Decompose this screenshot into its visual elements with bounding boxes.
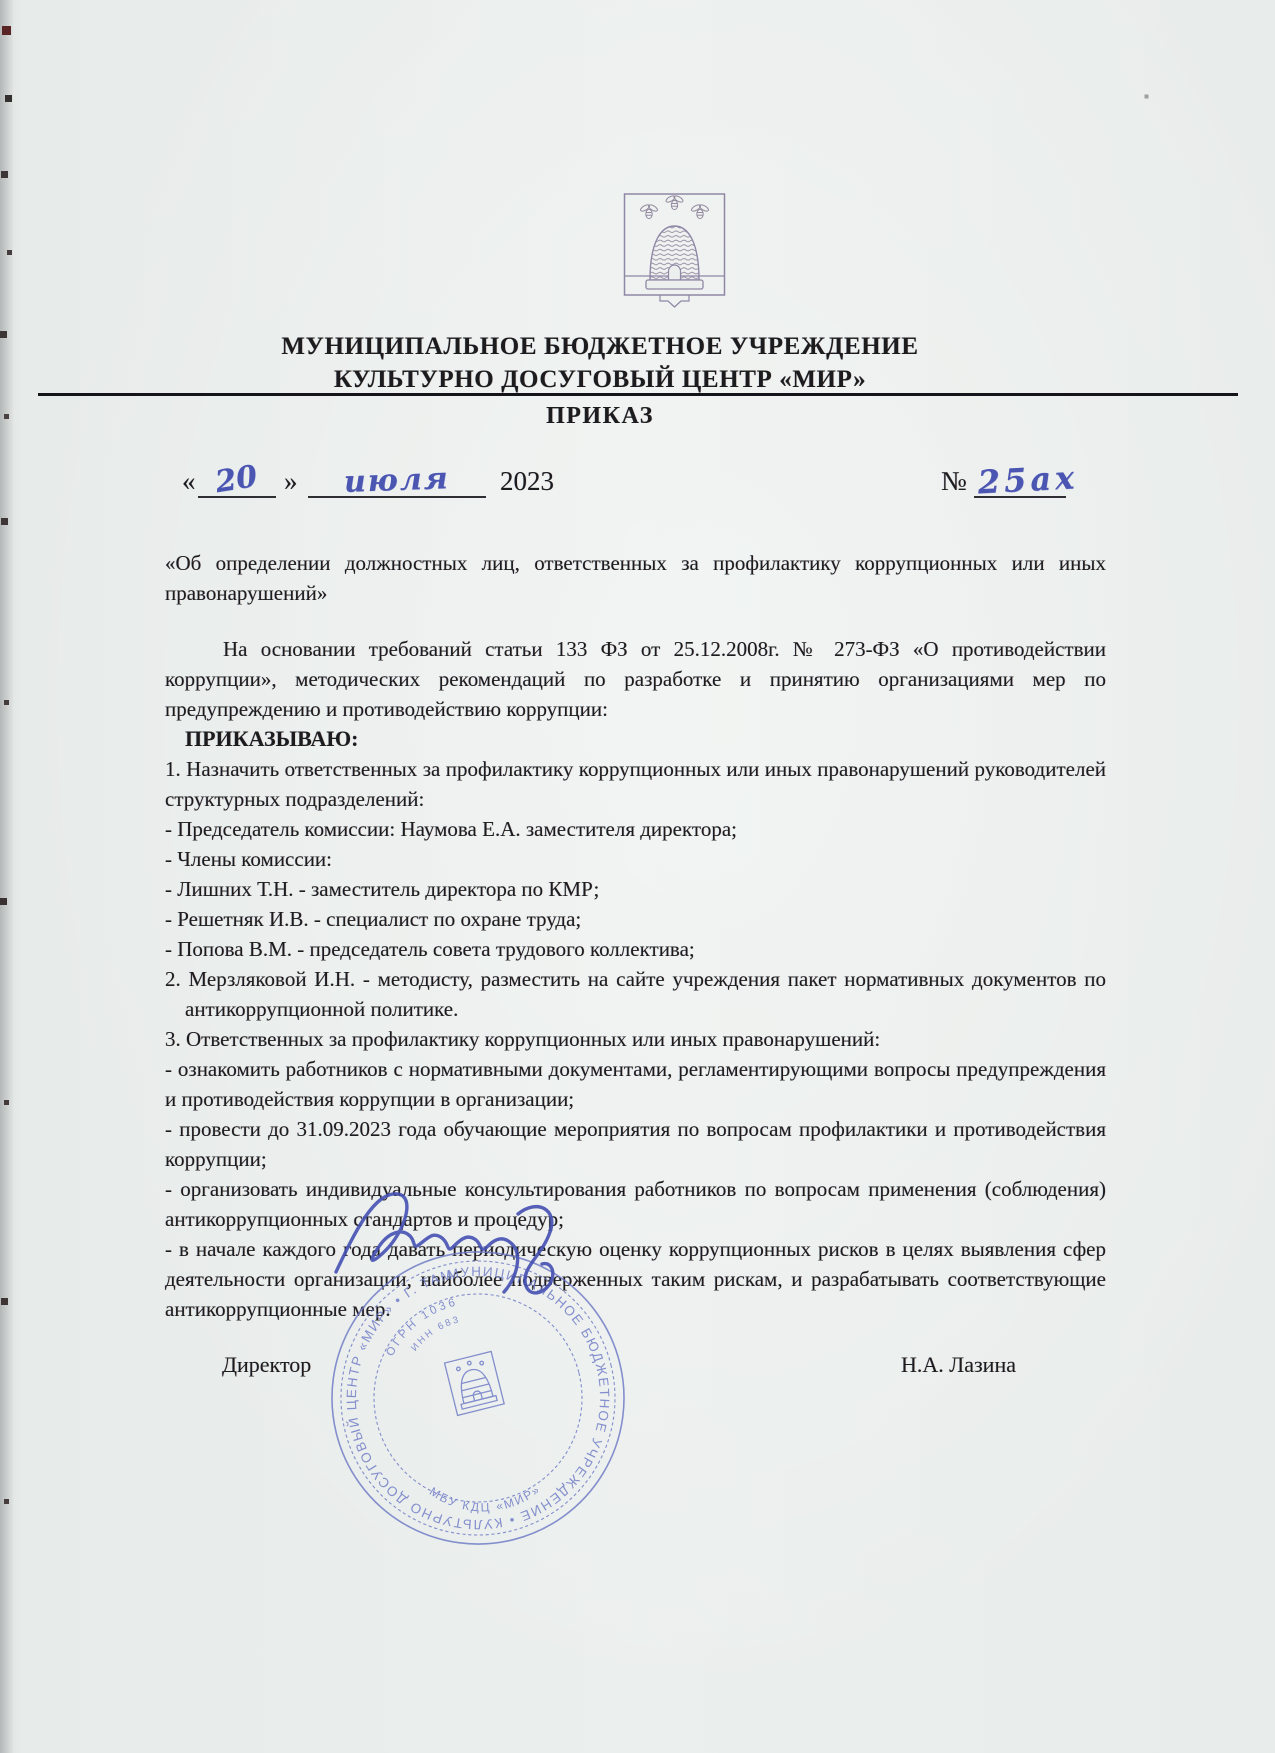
intro-paragraph: На основании требований статьи 133 ФЗ от… [165,634,1106,724]
document-body: «Об определении должностных лиц, ответст… [165,548,1106,1324]
svg-text:МБУ КДЦ «МИР»: МБУ КДЦ «МИР» [425,1459,546,1529]
scanned-order-document: МУНИЦИПАЛЬНОЕ БЮДЖЕТНОЕ УЧРЕЖДЕНИЕ КУЛЬТ… [0,0,1275,1753]
document-type-title: ПРИКАЗ [0,403,1200,430]
body-paragraph: 1. Назначить ответственных за профилакти… [165,754,1106,814]
handwritten-day: 20 [213,459,260,500]
scan-artifacts [0,0,1,1]
body-paragraph: 3. Ответственных за профилактику коррупц… [165,1024,1106,1054]
body-paragraph: 2. Мерзляковой И.Н. - методисту, размест… [165,964,1106,1024]
date-day-blank: 20 [198,466,276,498]
handwritten-number: 25ах [977,458,1079,501]
body-paragraph: - Председатель комиссии: Наумова Е.А. за… [165,814,1106,844]
body-paragraph: - ознакомить работников с нормативными д… [165,1054,1106,1114]
org-name-line2: КУЛЬТУРНО ДОСУГОВЫЙ ЦЕНТР «МИР» [0,363,1200,396]
body-paragraph: - провести до 31.09.2023 года обучающие … [165,1114,1106,1174]
number-blank: 25ах [974,466,1066,498]
signer-name: Н.А. Лазина [901,1352,1016,1378]
stamp-center-text: МБУ КДЦ «МИР» [425,1459,546,1529]
signer-role: Директор [222,1352,311,1378]
org-name-block: МУНИЦИПАЛЬНОЕ БЮДЖЕТНОЕ УЧРЕЖДЕНИЕ КУЛЬТ… [0,330,1200,396]
org-name-line1: МУНИЦИПАЛЬНОЕ БЮДЖЕТНОЕ УЧРЕЖДЕНИЕ [0,330,1200,363]
body-paragraph: - Лишних Т.Н. - заместитель директора по… [165,874,1106,904]
number-label: № [941,466,967,497]
body-paragraph: - Решетняк И.В. - специалист по охране т… [165,904,1106,934]
tambov-beehive-emblem-icon [610,188,740,320]
body-paragraph: - в начале каждого года давать периодиче… [165,1234,1106,1324]
body-paragraph: - Попова В.М. - председатель совета труд… [165,934,1106,964]
date-quote-open: « [182,466,196,497]
date-month-blank: июля [308,466,486,498]
date-year: 2023 [500,466,554,497]
date-quote-close: » [284,466,298,497]
subject-paragraph: «Об определении должностных лиц, ответст… [165,548,1106,608]
decree-word: ПРИКАЗЫВАЮ: [165,724,1106,754]
handwritten-month: июля [343,461,450,500]
body-paragraph: - организовать индивидуальные консультир… [165,1174,1106,1234]
date-number-row: « 20 » июля 2023 № 25ах [0,458,1275,528]
body-paragraph: - Члены комиссии: [165,844,1106,874]
header-divider [38,393,1238,396]
